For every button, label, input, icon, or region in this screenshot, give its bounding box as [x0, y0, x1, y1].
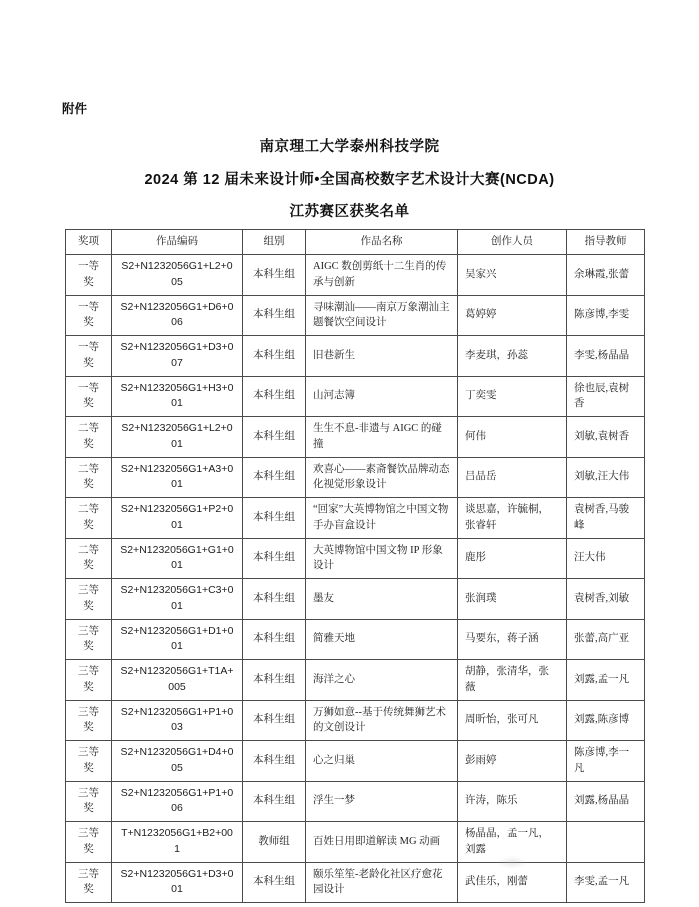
cell-award: 三等奖: [66, 700, 112, 741]
cell-group: 本科生组: [243, 781, 306, 822]
cell-advisors: 刘露,孟一凡: [567, 660, 645, 701]
cell-advisors: 陈彦博,李一凡: [567, 741, 645, 782]
cell-group: 本科生组: [243, 295, 306, 336]
cell-code: S2+N1232056G1+P1+003: [112, 700, 243, 741]
cell-group: 本科生组: [243, 741, 306, 782]
cell-creators: 马要东，蒋子涵: [458, 619, 567, 660]
cell-code: S2+N1232056G1+T1A+005: [112, 660, 243, 701]
cell-group: 本科生组: [243, 579, 306, 620]
document-page: 附件 南京理工大学泰州科技学院 2024 第 12 届未来设计师•全国高校数字艺…: [0, 0, 699, 907]
cell-award: 一等奖: [66, 295, 112, 336]
cell-creators: 何伟: [458, 417, 567, 458]
table-row: 三等奖S2+N1232056G1+P1+006本科生组浮生一梦许涛，陈乐刘露,杨…: [66, 781, 645, 822]
cell-code: S2+N1232056G1+D3+001: [112, 862, 243, 903]
cell-title: 浮生一梦: [306, 781, 458, 822]
cell-advisors: 李雯,孟一凡: [567, 862, 645, 903]
column-header-title: 作品名称: [306, 230, 458, 255]
cell-advisors: 袁树香,马骏峰: [567, 498, 645, 539]
cell-creators: 谈思嘉，许毓桐，张睿轩: [458, 498, 567, 539]
cell-group: 本科生组: [243, 619, 306, 660]
cell-advisors: 陈彦博,李雯: [567, 295, 645, 336]
cell-award: 三等奖: [66, 619, 112, 660]
table-row: 三等奖S2+N1232056G1+P1+003本科生组万狮如意--基于传统舞狮艺…: [66, 700, 645, 741]
cell-advisors: 刘敏,袁树香: [567, 417, 645, 458]
table-row: 二等奖S2+N1232056G1+G1+001本科生组大英博物馆中国文物 IP …: [66, 538, 645, 579]
cell-creators: 葛婷婷: [458, 295, 567, 336]
cell-title: 海洋之心: [306, 660, 458, 701]
cell-award: 一等奖: [66, 376, 112, 417]
column-header-group: 组别: [243, 230, 306, 255]
cell-title: 寻味潮汕——南京万象潮汕主题餐饮空间设计: [306, 295, 458, 336]
doc-title-competition: 2024 第 12 届未来设计师•全国高校数字艺术设计大赛(NCDA): [0, 168, 699, 189]
cell-creators: 胡静，张清华，张薇: [458, 660, 567, 701]
cell-group: 本科生组: [243, 700, 306, 741]
table-header-row: 奖项作品编码组别作品名称创作人员指导教师: [66, 230, 645, 255]
table-row: 三等奖S2+N1232056G1+C3+001本科生组墨友张润璞袁树香,刘敏: [66, 579, 645, 620]
cell-code: T+N1232056G1+B2+001: [112, 822, 243, 863]
cell-code: S2+N1232056G1+D4+005: [112, 741, 243, 782]
table-row: 三等奖S2+N1232056G1+D3+001本科生组颐乐笙笙-老龄化社区疗愈花…: [66, 862, 645, 903]
cell-award: 三等奖: [66, 781, 112, 822]
column-header-creators: 创作人员: [458, 230, 567, 255]
cell-advisors: 汪大伟: [567, 538, 645, 579]
doc-title-school: 南京理工大学泰州科技学院: [0, 135, 699, 156]
table-row: 二等奖S2+N1232056G1+P2+001本科生组“回家”大英博物馆之中国文…: [66, 498, 645, 539]
cell-code: S2+N1232056G1+H3+001: [112, 376, 243, 417]
cell-title: 简雅天地: [306, 619, 458, 660]
cell-code: S2+N1232056G1+A3+001: [112, 457, 243, 498]
table-row: 三等奖S2+N1232056G1+T1A+005本科生组海洋之心胡静，张清华，张…: [66, 660, 645, 701]
awards-table: 奖项作品编码组别作品名称创作人员指导教师 一等奖S2+N1232056G1+L2…: [65, 229, 645, 903]
cell-group: 本科生组: [243, 255, 306, 296]
cell-title: 大英博物馆中国文物 IP 形象设计: [306, 538, 458, 579]
cell-group: 本科生组: [243, 336, 306, 377]
table-row: 三等奖S2+N1232056G1+D1+001本科生组简雅天地马要东，蒋子涵张蕾…: [66, 619, 645, 660]
cell-award: 三等奖: [66, 862, 112, 903]
cell-group: 教师组: [243, 822, 306, 863]
cell-advisors: 余琳霞,张蕾: [567, 255, 645, 296]
cell-code: S2+N1232056G1+L2+001: [112, 417, 243, 458]
cell-group: 本科生组: [243, 660, 306, 701]
cell-title: 百姓日用即道解读 MG 动画: [306, 822, 458, 863]
cell-title: AIGC 数创剪纸十二生肖的传承与创新: [306, 255, 458, 296]
cell-code: S2+N1232056G1+L2+005: [112, 255, 243, 296]
cell-award: 三等奖: [66, 660, 112, 701]
cell-award: 一等奖: [66, 336, 112, 377]
cell-code: S2+N1232056G1+D3+007: [112, 336, 243, 377]
cell-creators: 张润璞: [458, 579, 567, 620]
cell-code: S2+N1232056G1+D1+001: [112, 619, 243, 660]
cell-creators: 彭雨婷: [458, 741, 567, 782]
cell-title: “回家”大英博物馆之中国文物手办盲盒设计: [306, 498, 458, 539]
cell-group: 本科生组: [243, 457, 306, 498]
cell-code: S2+N1232056G1+P2+001: [112, 498, 243, 539]
table-row: 一等奖S2+N1232056G1+D6+006本科生组寻味潮汕——南京万象潮汕主…: [66, 295, 645, 336]
awards-table-body: 一等奖S2+N1232056G1+L2+005本科生组AIGC 数创剪纸十二生肖…: [66, 255, 645, 903]
cell-group: 本科生组: [243, 376, 306, 417]
cell-award: 二等奖: [66, 417, 112, 458]
table-row: 一等奖S2+N1232056G1+L2+005本科生组AIGC 数创剪纸十二生肖…: [66, 255, 645, 296]
cell-title: 生生不息-非遗与 AIGC 的碰撞: [306, 417, 458, 458]
cell-advisors: 刘露,杨晶晶: [567, 781, 645, 822]
cell-advisors: 李雯,杨晶晶: [567, 336, 645, 377]
cell-creators: 周昕怡，张可凡: [458, 700, 567, 741]
table-row: 二等奖S2+N1232056G1+L2+001本科生组生生不息-非遗与 AIGC…: [66, 417, 645, 458]
cell-code: S2+N1232056G1+C3+001: [112, 579, 243, 620]
cell-award: 三等奖: [66, 741, 112, 782]
table-row: 一等奖S2+N1232056G1+D3+007本科生组旧巷新生李麦琪，孙蕊李雯,…: [66, 336, 645, 377]
cell-advisors: 徐也辰,袁树香: [567, 376, 645, 417]
cell-group: 本科生组: [243, 417, 306, 458]
cell-group: 本科生组: [243, 862, 306, 903]
column-header-award: 奖项: [66, 230, 112, 255]
cell-award: 三等奖: [66, 579, 112, 620]
cell-code: S2+N1232056G1+D6+006: [112, 295, 243, 336]
cell-title: 欢喜心——素斋餐饮品牌动态化视觉形象设计: [306, 457, 458, 498]
cell-creators: 鹿彤: [458, 538, 567, 579]
cell-code: S2+N1232056G1+G1+001: [112, 538, 243, 579]
cell-creators: 杨晶晶，孟一凡，刘露: [458, 822, 567, 863]
column-header-code: 作品编码: [112, 230, 243, 255]
cell-group: 本科生组: [243, 498, 306, 539]
cell-title: 万狮如意--基于传统舞狮艺术的文创设计: [306, 700, 458, 741]
cell-creators: 武佳乐，刚蕾: [458, 862, 567, 903]
cell-award: 二等奖: [66, 498, 112, 539]
cell-creators: 吴家兴: [458, 255, 567, 296]
cell-group: 本科生组: [243, 538, 306, 579]
cell-creators: 李麦琪，孙蕊: [458, 336, 567, 377]
doc-title-award-list: 江苏赛区获奖名单: [0, 200, 699, 221]
cell-advisors: 刘敏,汪大伟: [567, 457, 645, 498]
cell-code: S2+N1232056G1+P1+006: [112, 781, 243, 822]
cell-title: 山河志簿: [306, 376, 458, 417]
cell-award: 三等奖: [66, 822, 112, 863]
table-row: 一等奖S2+N1232056G1+H3+001本科生组山河志簿丁奕雯徐也辰,袁树…: [66, 376, 645, 417]
cell-advisors: 刘露,陈彦博: [567, 700, 645, 741]
cell-title: 旧巷新生: [306, 336, 458, 377]
cell-title: 颐乐笙笙-老龄化社区疗愈花园设计: [306, 862, 458, 903]
attachment-label: 附件: [62, 99, 87, 117]
cell-award: 二等奖: [66, 538, 112, 579]
cell-award: 一等奖: [66, 255, 112, 296]
cell-title: 墨友: [306, 579, 458, 620]
cell-creators: 吕品岳: [458, 457, 567, 498]
table-row: 二等奖S2+N1232056G1+A3+001本科生组欢喜心——素斋餐饮品牌动态…: [66, 457, 645, 498]
column-header-advisors: 指导教师: [567, 230, 645, 255]
cell-advisors: 袁树香,刘敏: [567, 579, 645, 620]
cell-award: 二等奖: [66, 457, 112, 498]
table-row: 三等奖T+N1232056G1+B2+001教师组百姓日用即道解读 MG 动画杨…: [66, 822, 645, 863]
cell-creators: 许涛，陈乐: [458, 781, 567, 822]
cell-advisors: [567, 822, 645, 863]
table-row: 三等奖S2+N1232056G1+D4+005本科生组心之归巢彭雨婷陈彦博,李一…: [66, 741, 645, 782]
cell-advisors: 张蕾,高广亚: [567, 619, 645, 660]
cell-title: 心之归巢: [306, 741, 458, 782]
cell-creators: 丁奕雯: [458, 376, 567, 417]
